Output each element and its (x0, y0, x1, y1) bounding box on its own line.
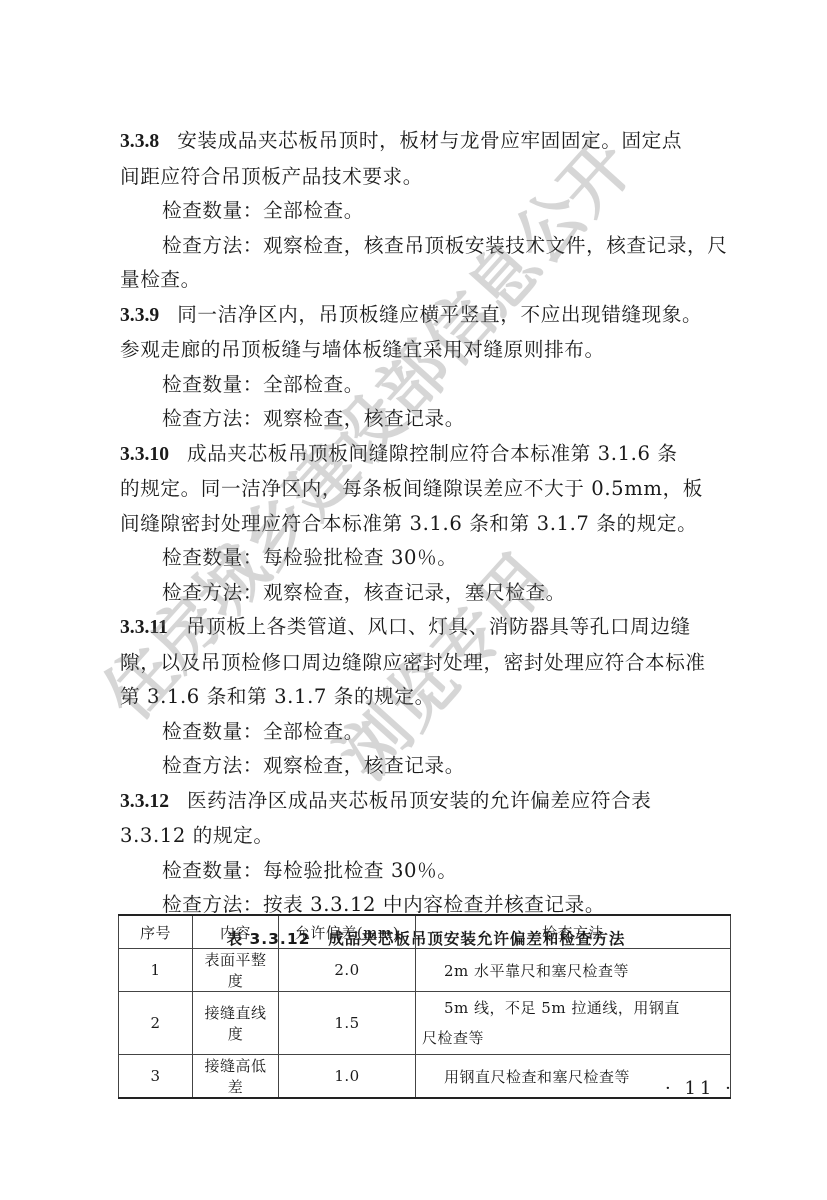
cell-method: 2m 水平靠尺和塞尺检查等 (416, 949, 731, 992)
clause-text-line: 隙，以及吊顶检修口周边缝隙应密封处理，密封处理应符合本标准 (120, 646, 732, 681)
inspection-quantity: 检查数量：全部检查。 (120, 194, 732, 229)
cell-item: 接缝直线度 (193, 992, 279, 1055)
clause-text-line: 第 3.1.6 条和第 3.1.7 条的规定。 (120, 680, 732, 715)
cell-no: 1 (119, 949, 193, 992)
inspection-method: 检查方法：观察检查，核查记录，塞尺检查。 (120, 576, 732, 611)
clause-text-line: 间距应符合吊顶板产品技术要求。 (120, 160, 732, 195)
table-row: 1 表面平整度 2.0 2m 水平靠尺和塞尺检查等 (119, 949, 731, 992)
clause-text: 成品夹芯板吊顶板间缝隙控制应符合本标准第 3.1.6 条 (187, 442, 678, 465)
inspection-method: 检查方法：观察检查，核查记录。 (120, 749, 732, 784)
cell-tolerance: 1.5 (279, 992, 416, 1055)
clause-number: 3.3.11 (120, 617, 168, 638)
header-no: 序号 (119, 915, 193, 949)
inspection-quantity: 检查数量：每检验批检查 30％。 (120, 541, 732, 576)
cell-item: 接缝高低差 (193, 1055, 279, 1099)
clause-number: 3.3.10 (120, 444, 169, 465)
inspection-quantity: 检查数量：全部检查。 (120, 715, 732, 750)
cell-method-line1: 5m 线，不足 5m 拉通线，用钢直 (422, 993, 724, 1023)
cell-tolerance: 1.0 (279, 1055, 416, 1099)
clause-text: 安装成品夹芯板吊顶时，板材与龙骨应牢固固定。固定点 (177, 129, 682, 152)
clause-text: 医药洁净区成品夹芯板吊顶安装的允许偏差应符合表 (187, 789, 651, 812)
clause-number: 3.3.9 (120, 305, 159, 326)
document-body: 3.3.8安装成品夹芯板吊顶时，板材与龙骨应牢固固定。固定点 间距应符合吊顶板产… (120, 124, 732, 957)
clause-3-3-12: 3.3.12医药洁净区成品夹芯板吊顶安装的允许偏差应符合表 (120, 784, 732, 820)
clause-text: 吊顶板上各类管道、风口、灯具、消防器具等孔口周边缝 (186, 615, 691, 638)
clause-text-line: 3.3.12 的规定。 (120, 819, 732, 854)
table-row: 3 接缝高低差 1.0 用钢直尺检查和塞尺检查等 (119, 1055, 731, 1099)
cell-item: 表面平整度 (193, 949, 279, 992)
header-tolerance: 允许偏差(mm) (279, 915, 416, 949)
header-item: 内容 (193, 915, 279, 949)
cell-no: 2 (119, 992, 193, 1055)
inspection-method: 检查方法：观察检查，核查记录。 (120, 402, 732, 437)
inspection-method-cont: 量检查。 (120, 263, 732, 298)
inspection-quantity: 检查数量：每检验批检查 30％。 (120, 854, 732, 889)
clause-number: 3.3.12 (120, 791, 169, 812)
clause-text-line: 参观走廊的吊顶板缝与墙体板缝宜采用对缝原则排布。 (120, 333, 732, 368)
inspection-quantity: 检查数量：全部检查。 (120, 368, 732, 403)
clause-3-3-10: 3.3.10成品夹芯板吊顶板间缝隙控制应符合本标准第 3.1.6 条 (120, 437, 732, 473)
header-method: 检查方法 (416, 915, 731, 949)
inspection-method: 检查方法：观察检查，核查吊顶板安装技术文件，核查记录，尺 (120, 229, 732, 264)
clause-text-line: 的规定。同一洁净区内，每条板间缝隙误差应不大于 0.5mm，板 (120, 472, 732, 507)
clause-3-3-9: 3.3.9同一洁净区内，吊顶板缝应横平竖直，不应出现错缝现象。 (120, 298, 732, 334)
cell-tolerance: 2.0 (279, 949, 416, 992)
clause-text: 同一洁净区内，吊顶板缝应横平竖直，不应出现错缝现象。 (177, 303, 702, 326)
clause-text-line: 间缝隙密封处理应符合本标准第 3.1.6 条和第 3.1.7 条的规定。 (120, 507, 732, 542)
clause-number: 3.3.8 (120, 131, 159, 152)
cell-no: 3 (119, 1055, 193, 1099)
table-header-row: 序号 内容 允许偏差(mm) 检查方法 (119, 915, 731, 949)
clause-3-3-8: 3.3.8安装成品夹芯板吊顶时，板材与龙骨应牢固固定。固定点 (120, 124, 732, 160)
tolerance-table: 序号 内容 允许偏差(mm) 检查方法 1 表面平整度 2.0 2m 水平靠尺和… (118, 914, 731, 1099)
table-row: 2 接缝直线度 1.5 5m 线，不足 5m 拉通线，用钢直尺检查等 (119, 992, 731, 1055)
cell-method: 5m 线，不足 5m 拉通线，用钢直尺检查等 (416, 992, 731, 1055)
cell-method-line2: 尺检查等 (422, 1023, 724, 1053)
clause-3-3-11: 3.3.11吊顶板上各类管道、风口、灯具、消防器具等孔口周边缝 (120, 610, 732, 646)
page-number: · 11 · (665, 1078, 735, 1099)
